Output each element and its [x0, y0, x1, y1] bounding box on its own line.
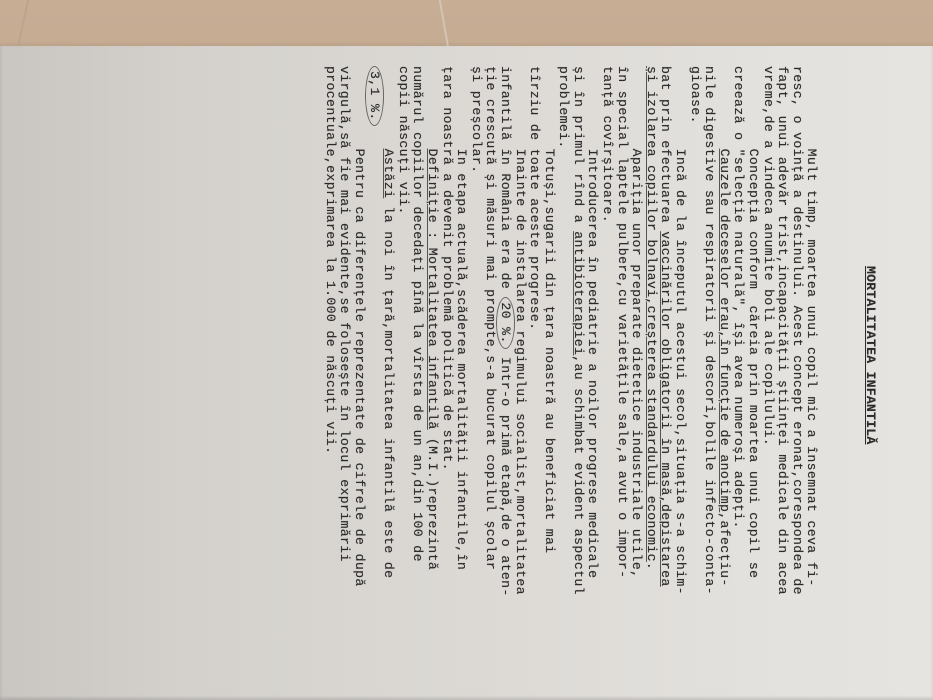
- circled-value: 3,1 %.: [365, 66, 384, 126]
- rotated-page: MORTALITATEA INFANTILĂ Mult timp, moarte…: [0, 46, 933, 700]
- text-line: tîrziu de toate aceste progrese.: [527, 66, 542, 686]
- text-line: și în primul rînd a antibioterapiei,au s…: [570, 66, 585, 686]
- text-line: gioase.: [687, 66, 702, 686]
- text-line: Totuși,sugarii din țara noastră au benef…: [541, 66, 556, 686]
- text-line: Introducerea în pediatrie a noilor progr…: [585, 66, 600, 686]
- document-lines: Mult timp, moartea unui copil mic a înse…: [322, 66, 818, 686]
- text-line: virgulă,să fie mai evidente,se folosește…: [337, 66, 352, 686]
- text-line: fapt, unui adevăr trist,incapacității șt…: [775, 66, 790, 686]
- text-line: în special laptele pulbere,cu varietățil…: [614, 66, 629, 686]
- text-line: problemei.: [556, 66, 571, 686]
- underlined-phrase: Definiție : Mortalitatea infantilă: [425, 149, 440, 430]
- text-line: țara noastră a devenit problemă politică…: [439, 66, 454, 686]
- text-line: nile digestive sau respiratorii și desco…: [702, 66, 717, 686]
- text-line: infantilă în România era de 20 %. Intr-o…: [497, 66, 512, 686]
- text-line: Incă de la începutul acestui secol,situa…: [672, 66, 687, 686]
- desk-background: [0, 0, 933, 48]
- text-line: Definiție : Mortalitatea infantilă (M.I.…: [424, 66, 439, 686]
- text-line: Inainte de instalarea regimului socialis…: [512, 66, 527, 686]
- text-line: și izolarea copiilor bolnavi,creșterea s…: [643, 66, 658, 686]
- text-line: vreme,de a vindeca anumite boli ale copi…: [760, 66, 775, 686]
- text-line: In etapa actuală,scăderea mortalității i…: [454, 66, 469, 686]
- text-line: Mult timp, moartea unui copil mic a înse…: [804, 66, 819, 686]
- text-line: ție crescută și măsuri mai prompte,s-a b…: [483, 66, 498, 686]
- paper-edge-mark: [439, 0, 449, 48]
- text-line: Astăzi la noi în țară,mortalitatea infan…: [381, 66, 396, 686]
- text-line: tanță covîrșitoare.: [600, 66, 615, 686]
- text-line: numărul copiilor decedați pînă la vîrsta…: [410, 66, 425, 686]
- underlined-phrase: antibioterapiei: [571, 231, 586, 355]
- paper-edge-mark: [17, 0, 29, 48]
- document-body: MORTALITATEA INFANTILĂ Mult timp, moarte…: [322, 66, 877, 686]
- text-line: creează o "selecție naturală", își avea …: [731, 66, 746, 686]
- underlined-phrase: Astăzi: [381, 149, 396, 199]
- underlined-phrase: Cauzele deceselor erau,în funcție de ano…: [717, 149, 732, 513]
- document-title: MORTALITATEA INFANTILĂ: [862, 66, 877, 686]
- text-line: Apariția unor preparate dietetice indust…: [629, 66, 644, 686]
- underlined-phrase: vaccinărilor obligatorii în masă,depista…: [658, 231, 673, 586]
- text-line: Cauzele deceselor erau,în funcție de ano…: [716, 66, 731, 686]
- text-line: Concepția conform căreia prin moartea un…: [745, 66, 760, 686]
- text-line: bat prin efectuarea vaccinărilor obligat…: [658, 66, 673, 686]
- underlined-phrase: și izolarea copiilor bolnavi,creșterea s…: [644, 66, 659, 562]
- text-line: 3,1 %.: [366, 66, 381, 686]
- text-line: resc, o voință a destinului. Acest conce…: [789, 66, 804, 686]
- text-line: procentuale,exprimarea la 1.000 de născu…: [322, 66, 337, 686]
- circled-value: 20 %.: [496, 297, 515, 348]
- text-line: și preșcolar.: [468, 66, 483, 686]
- text-line: copii născuți vii.: [395, 66, 410, 686]
- text-line: Pentru ca diferențele reprezentate de ci…: [351, 66, 366, 686]
